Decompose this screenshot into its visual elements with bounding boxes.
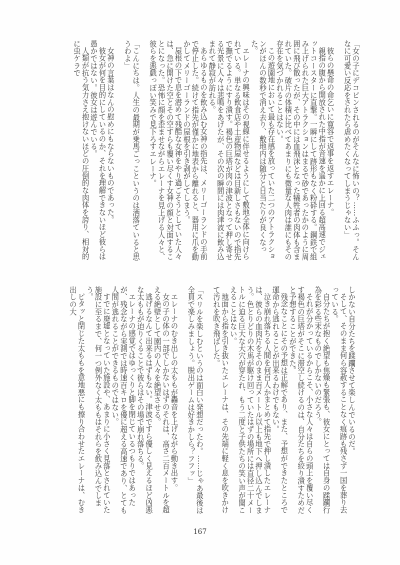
paragraph: 泣き崩れ落ちる人間を何百人かまとめて指先で押し潰したエレーナは、彼らの血肉片をそ…: [229, 286, 271, 516]
paragraph: 屋根の下で息を潜めて残酷な女神をやり過ごそうとしていた人々は、急に開けた空とその…: [149, 40, 183, 262]
dialogue-line: 「女の子にデコピンされるのがそんなに怖いの？……ふふっ。そんなに可愛い反応をされ…: [343, 40, 360, 262]
paragraph: 親指の腹から開放された中指が音速を遥かに上回る超高速でジェットコースターに直撃。…: [275, 40, 326, 262]
blank-line: [335, 40, 343, 262]
page-number: 167: [0, 528, 400, 536]
paragraph: 彼女が何を目的にしているのか、それを理解できないほど彼らは愚かではない。彼女は遊…: [90, 40, 107, 262]
blank-line: [204, 286, 212, 516]
paragraph: あらゆるものを飲み込む女神の指先は、メリーゴーランドの手前で停止した。続けて指先…: [183, 40, 208, 262]
paragraph: そして、そのまま何ら容赦することなく痕跡も残さず一国を葬り去っている。: [331, 286, 348, 516]
paragraph: 逃げるなんて出来るはずもない。津波ですら優しく見えるほど凶悪な太ももが迫りくるこ…: [136, 286, 153, 516]
bottom-text-tier: しかない自分たちを蹂躙させて楽しんでいるのだ。そして、そのまま何ら容赦することな…: [56, 286, 356, 516]
paragraph: エレーナの興味はその視線に伴せるようにして敷地全体に向けられている。単なる飲食店…: [208, 40, 250, 262]
blank-line: [140, 40, 148, 262]
paragraph: この遊園地において最も存在感を放っていた二つのアトラクションがほんの数秒で消え去…: [250, 40, 275, 262]
paragraph: 女神の言葉はなんの慰めにもならないものであった。: [106, 40, 114, 262]
paragraph: 彼らの懸命の命乞いに寛容で返事を返すエレーナ。: [326, 40, 334, 262]
paragraph: ピタッと閉じた太ももを意地悪にも擦り合わせたエレーナは、むき出しの大: [69, 286, 86, 516]
book-page: 「女の子にデコピンされるのがそんなに怖いの？……ふふっ。そんなに可愛い反応をされ…: [0, 0, 400, 565]
paragraph: それが分かっているからこそ、小さな人々は自らの頭上を覆い尽くす褐色の巨塔がそこに…: [288, 286, 313, 516]
blank-line: [115, 40, 123, 262]
dialogue-line: 「スリルを楽しむというのは面白い発想だったわ。……じゃあ最後は全員で楽しみましょ…: [187, 286, 204, 516]
paragraph: すでに廃墟となっていた施設や、あまりに小さく見落とされていた施設に至るまで、何一…: [86, 286, 111, 516]
paragraph: 人類が抗う気力さえ抱けないほどの圧倒的な肉体を誇り、相対的に虫ケラで: [73, 40, 90, 262]
paragraph: 残念なことにその予想は正解であり、また、予想ができたところで運命から逃れることが…: [271, 286, 288, 516]
blank-line: [179, 286, 187, 516]
paragraph: 地面から指を引き抜いたエレーナは、その先端に軽く息を吹きかけて汚れを吹き飛ばした…: [212, 286, 229, 516]
paragraph: エレーナの感覚ではゆっくりと脚を閉じているつもりではあったが、残念ながら実測では…: [111, 286, 136, 516]
dialogue-line: 「こんにちは。人生の最期が乗馬ごっこというのは洒落ていると思うわよ」: [123, 40, 140, 262]
paragraph: 女の子の体の一部でしかないはずのそれは、高さ二百メートルを超える絶壁として園内の…: [153, 286, 170, 516]
paragraph: しかない自分たちを蹂躙させて楽しんでいるのだ。: [348, 286, 356, 516]
paragraph: エレーナのむき出しの太ももが轟音を上げながら動き出す。: [170, 286, 178, 516]
paragraph: 自分たちが抱く絶望も焦燥も緊張も、彼女にとっては自身の蹂躙行為を彩る些末なもので…: [314, 286, 331, 516]
top-text-tier: 「女の子にデコピンされるのがそんなに怖いの？……ふふっ。そんなに可愛い反応をされ…: [50, 40, 360, 262]
